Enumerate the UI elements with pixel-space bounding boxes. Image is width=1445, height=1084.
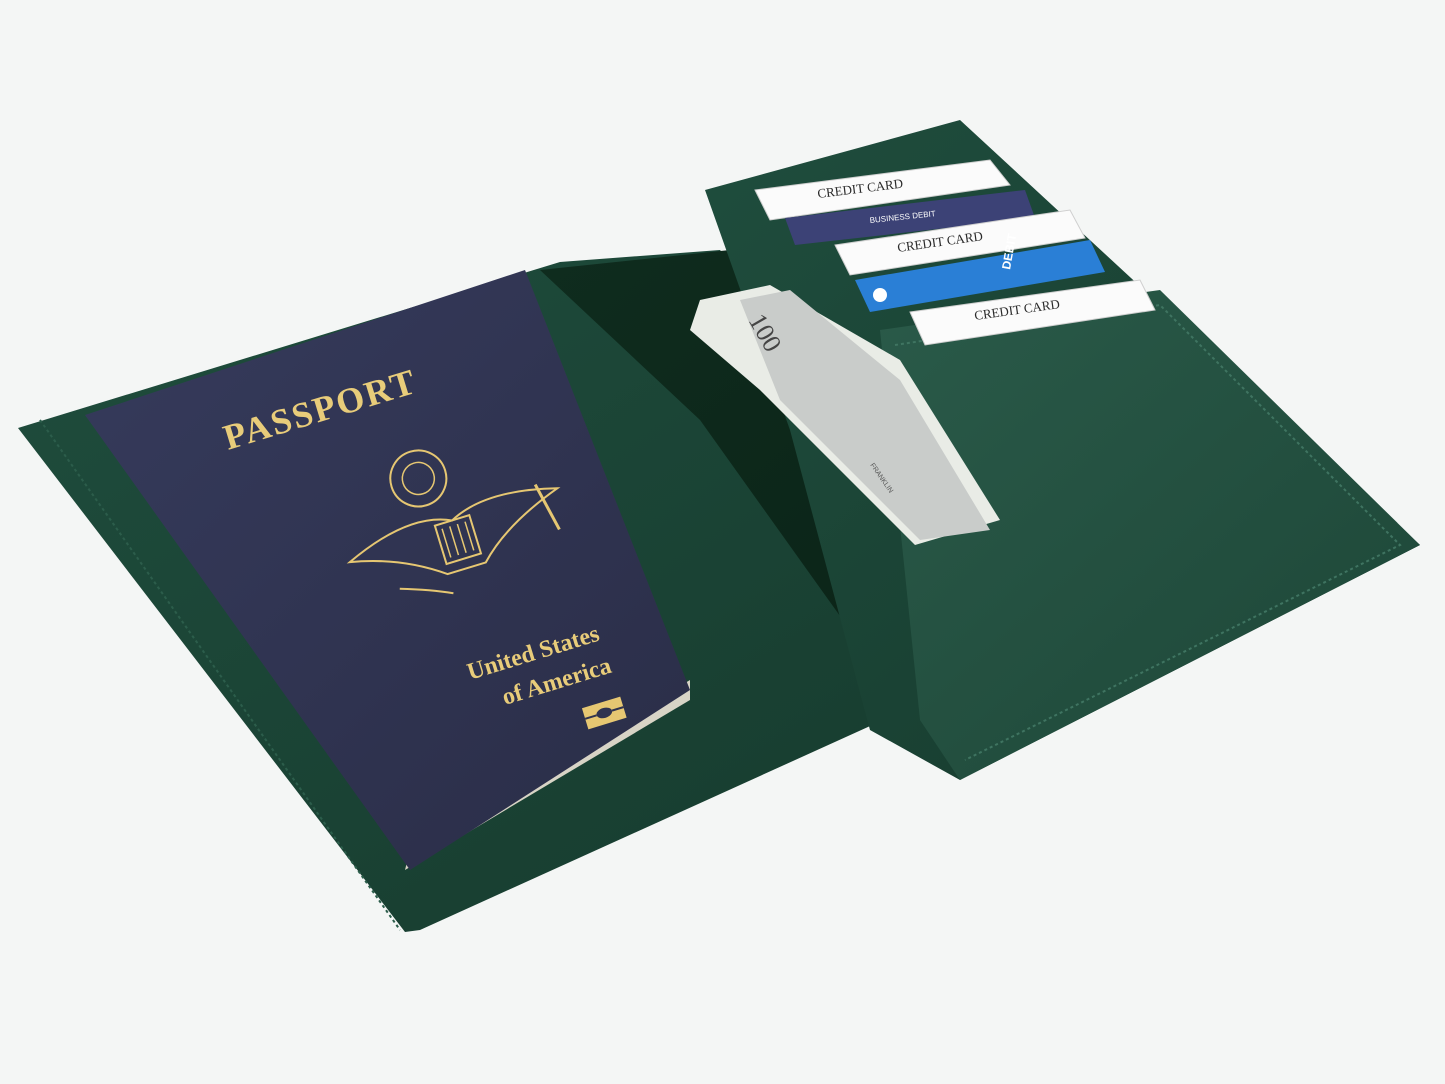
- product-photo: CREDIT CARD BUSINESS DEBIT CREDIT CARD D…: [0, 0, 1445, 1084]
- wallet-illustration: CREDIT CARD BUSINESS DEBIT CREDIT CARD D…: [0, 0, 1445, 1084]
